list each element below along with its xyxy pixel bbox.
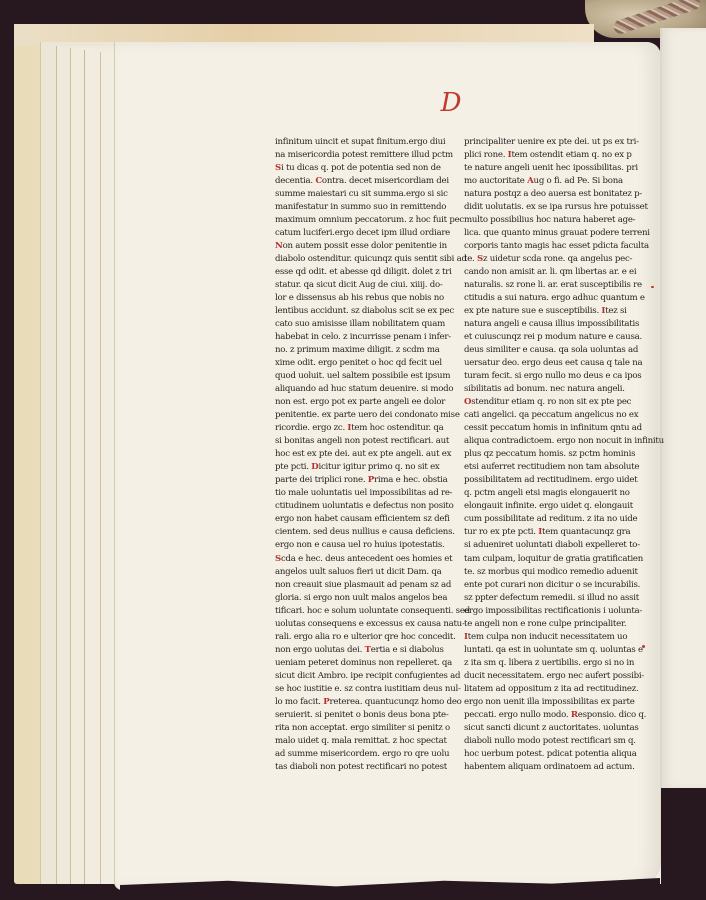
- text-line: si adueniret uoluntati diaboli expellere…: [464, 539, 698, 552]
- rubricated-initial: N: [275, 241, 283, 251]
- margin-red-mark: [651, 286, 654, 288]
- text-line: sibilitatis ad bonum. nec natura angeli.: [464, 383, 698, 396]
- text-line: cessit peccatum homis in infinitum qntu …: [464, 422, 698, 435]
- text-line: ctitudis a sui natura. ergo adhuc quantu…: [464, 292, 698, 305]
- text-line: multo possibilius hoc natura haberet age…: [464, 214, 698, 227]
- text-line: deus similiter e causa. qa sola uoluntas…: [464, 344, 698, 357]
- text-line: litatem ad oppositum z ita ad rectitudin…: [464, 683, 698, 696]
- rubricated-initial: S: [275, 163, 281, 173]
- text-line: corporis tanto magis hac esset pdicta fa…: [464, 240, 698, 253]
- rubricated-initial: S: [477, 254, 483, 264]
- rubricated-initial: T: [365, 645, 371, 655]
- rubricated-initial: O: [464, 397, 471, 407]
- text-line: peccati. ergo nullo modo. Responsio. dic…: [464, 709, 698, 722]
- text-line: Item culpa non inducit necessitatem uo: [464, 631, 698, 644]
- text-line: naturalis. sz rone li. ar. erat suscepti…: [464, 279, 698, 292]
- folio-signature: D: [436, 89, 466, 117]
- text-line: tam culpam, loquitur de gratia gratifica…: [464, 553, 698, 566]
- text-line: et cuiuscunqz rei p modum nature e causa…: [464, 331, 698, 344]
- rubricated-initial: P: [323, 697, 329, 707]
- text-line: aliqua contradictoem. ergo non nocuit in…: [464, 435, 698, 448]
- text-line: habentem aliquam ordinatoem ad actum.: [464, 761, 698, 774]
- text-line: cum possibilitate ad reditum. z ita no u…: [464, 513, 698, 526]
- text-line: cando non amisit ar. li. qm libertas ar.…: [464, 266, 698, 279]
- text-line: Ostenditur etiam q. ro non sit ex pte pe…: [464, 396, 698, 409]
- text-line: didit uolutatis. ex se ipa rursus hre po…: [464, 201, 698, 214]
- text-line: uersatur deo. ergo deus eet causa q tale…: [464, 357, 698, 370]
- rubricated-initial: D: [311, 462, 318, 472]
- text-line: sicut sancti dicunt z auctoritates. uolu…: [464, 722, 698, 735]
- rubricated-initial: I: [464, 632, 468, 642]
- text-line: ex pte nature sue e susceptibilis. Itez …: [464, 305, 698, 318]
- text-line: plus qz peccatum homis. sz pctm hominis: [464, 448, 698, 461]
- rubricated-initial: R: [571, 710, 578, 720]
- rubricated-initial: I: [508, 150, 512, 160]
- text-line: cati angelici. qa peccatum angelicus no …: [464, 409, 698, 422]
- text-line: turam fecit. si ergo nullo mo deus e ca …: [464, 370, 698, 383]
- text-line: te. Sz uidetur scda rone. qa angelus pec…: [464, 253, 698, 266]
- rubricated-initial: I: [601, 306, 605, 316]
- text-line: etsi auferret rectitudiem non tam absolu…: [464, 461, 698, 474]
- text-line: q. pctm angeli etsi magis elongauerit no: [464, 487, 698, 500]
- text-line: ducit necessitatem. ergo nec aufert poss…: [464, 670, 698, 683]
- margin-red-dot: [642, 645, 645, 648]
- text-line: ergo non uenit illa impossibilitas ex pa…: [464, 696, 698, 709]
- rubricated-initial: A: [527, 176, 533, 186]
- rubricated-initial: C: [315, 176, 322, 186]
- text-line: z ita sm q. libera z uertibilis. ergo si…: [464, 657, 698, 670]
- text-line: elongauit infinite. ergo uidet q. elonga…: [464, 500, 698, 513]
- text-line: te nature angeli uenit hec ipossibilitas…: [464, 162, 698, 175]
- text-line: ente pot curari non dicitur o se incurab…: [464, 579, 698, 592]
- text-line: principaliter uenire ex pte dei. ut ps e…: [464, 136, 698, 149]
- rubricated-initial: S: [275, 554, 281, 564]
- rubricated-initial: P: [368, 475, 374, 485]
- text-line: tur ro ex pte pcti. Item quantacunqz gra: [464, 526, 698, 539]
- text-line: mo auctoritate Aug o fi. ad Pe. Si bona: [464, 175, 698, 188]
- text-line: luntati. qa est in uoluntate sm q. uolun…: [464, 644, 698, 657]
- text-line: hoc uerbum potest. pdicat potentia aliqu…: [464, 748, 698, 761]
- text-line: natura angeli e causa illius impossibili…: [464, 318, 698, 331]
- rubricated-initial: I: [347, 423, 351, 433]
- rubricated-initial: I: [538, 527, 542, 537]
- text-line: lica. que quanto minus grauat podere ter…: [464, 227, 698, 240]
- text-line: plici rone. Item ostendit etiam q. no ex…: [464, 149, 698, 162]
- text-line: te. sz morbus qui modico remedio aduenit: [464, 566, 698, 579]
- text-line: ergo impossibilitas rectificationis i uo…: [464, 605, 698, 618]
- text-line: diaboli nullo modo potest rectificari sm…: [464, 735, 698, 748]
- text-line: sz ppter defectum remedii. si illud no a…: [464, 592, 698, 605]
- text-column-right: principaliter uenire ex pte dei. ut ps e…: [464, 136, 698, 774]
- text-line: te angeli non e rone culpe principaliter…: [464, 618, 698, 631]
- text-line: natura postqz a deo auersa est bonitatez…: [464, 188, 698, 201]
- text-line: possibilitatem ad rectitudinem. ergo uid…: [464, 474, 698, 487]
